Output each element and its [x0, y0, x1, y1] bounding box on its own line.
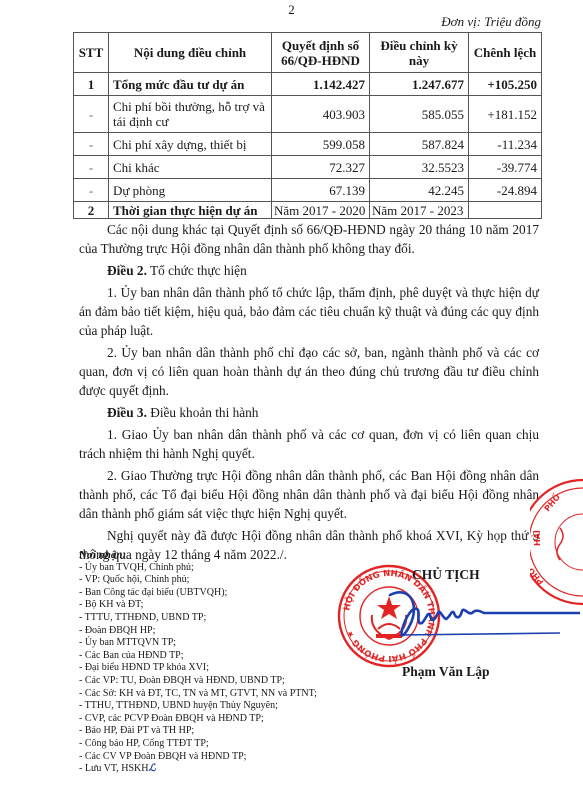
- cell-diff: -11.234: [469, 133, 542, 156]
- adjustment-table: STT Nội dung điều chỉnh Quyết định số 66…: [73, 32, 542, 219]
- recipient-item: - Bộ KH và ĐT;: [79, 599, 317, 612]
- cell-adjusted: 42.245: [370, 179, 469, 202]
- recipient-item: - Ủy ban TVQH, Chính phủ;: [79, 562, 317, 575]
- article-3-clause-1: 1. Giao Ủy ban nhân dân thành phố và các…: [79, 425, 539, 463]
- recipient-item: - Đại biểu HĐND TP khóa XVI;: [79, 662, 317, 675]
- cell-diff: +181.152: [469, 96, 542, 133]
- cell-decision: 403.903: [272, 96, 370, 133]
- cell-decision: 599.058: [272, 133, 370, 156]
- table-row: - Chi phí bồi thường, hỗ trợ và tái định…: [74, 96, 542, 133]
- table-row: 1 Tổng mức đầu tư dự án 1.142.427 1.247.…: [74, 73, 542, 96]
- article-2-label: Điều 2.: [107, 263, 147, 278]
- cell-decision: 1.142.427: [272, 73, 370, 96]
- article-2-clause-1: 1. Ủy ban nhân dân thành phố tổ chức lập…: [79, 283, 539, 340]
- cell-adjusted: Năm 2017 - 2023: [370, 202, 469, 219]
- cell-adjusted: 585.055: [370, 96, 469, 133]
- article-3-label: Điều 3.: [107, 405, 147, 420]
- table-row: - Dự phòng 67.139 42.245 -24.894: [74, 179, 542, 202]
- article-2-clause-2: 2. Ủy ban nhân dân thành phố chỉ đạo các…: [79, 343, 539, 400]
- handwritten-signature: [380, 585, 580, 645]
- article-3-title: Điều khoản thi hành: [147, 405, 259, 420]
- recipients-list: Nơi nhận: - Ủy ban TVQH, Chính phủ; - VP…: [79, 549, 317, 776]
- cell-diff: -39.774: [469, 156, 542, 179]
- table-row: 2 Thời gian thực hiện dự án Năm 2017 - 2…: [74, 202, 542, 219]
- article-2-title: Tổ chức thực hiện: [147, 263, 247, 278]
- cell-decision: 72.327: [272, 156, 370, 179]
- cell-content: Chi phí xây dựng, thiết bị: [109, 133, 272, 156]
- recipient-item: - Các VP: TU, Đoàn ĐBQH và HĐND, UBND TP…: [79, 675, 317, 688]
- cell-decision: Năm 2017 - 2020: [272, 202, 370, 219]
- cell-content: Tổng mức đầu tư dự án: [109, 73, 272, 96]
- recipient-item: - TTTU, TTHĐND, UBND TP;: [79, 612, 317, 625]
- cell-content: Chi phí bồi thường, hỗ trợ và tái định c…: [109, 96, 272, 133]
- cell-adjusted: 32.5523: [370, 156, 469, 179]
- article-3-clause-2: 2. Giao Thường trực Hội đồng nhân dân th…: [79, 466, 539, 523]
- cell-stt: -: [74, 179, 109, 202]
- recipient-item: - Lưu VT, HSKHℒ: [79, 763, 317, 776]
- recipient-item: - Các Ban của HĐND TP;: [79, 650, 317, 663]
- cell-adjusted: 1.247.677: [370, 73, 469, 96]
- cell-stt: 1: [74, 73, 109, 96]
- header-adjusted: Điều chỉnh kỳ này: [370, 33, 469, 73]
- article-3-heading: Điều 3. Điều khoản thi hành: [79, 403, 539, 422]
- recipient-item: - Các Sở: KH và ĐT, TC, TN và MT, GTVT, …: [79, 688, 317, 701]
- cell-stt: -: [74, 133, 109, 156]
- recipient-item: - Công báo HP, Cổng TTĐT TP;: [79, 738, 317, 751]
- unit-label: Đơn vị: Triệu đồng: [441, 14, 541, 30]
- header-diff: Chênh lệch: [469, 33, 542, 73]
- cell-adjusted: 587.824: [370, 133, 469, 156]
- header-decision: Quyết định số 66/QĐ-HĐND: [272, 33, 370, 73]
- signer-title: CHỦ TỊCH: [412, 567, 480, 583]
- recipient-item: - Báo HP, Đài PT và TH HP;: [79, 725, 317, 738]
- svg-text:HẢI: HẢI: [531, 530, 542, 546]
- cell-content: Dự phòng: [109, 179, 272, 202]
- table-header-row: STT Nội dung điều chỉnh Quyết định số 66…: [74, 33, 542, 73]
- recipient-item: - Các CV VP Đoàn ĐBQH và HĐND TP;: [79, 751, 317, 764]
- recipient-item: - Ban Công tác đại biểu (UBTVQH);: [79, 587, 317, 600]
- cell-decision: 67.139: [272, 179, 370, 202]
- cell-stt: -: [74, 156, 109, 179]
- signer-name: Phạm Văn Lập: [402, 664, 490, 680]
- table-row: - Chi phí xây dựng, thiết bị 599.058 587…: [74, 133, 542, 156]
- cell-stt: 2: [74, 202, 109, 219]
- header-content: Nội dung điều chỉnh: [109, 33, 272, 73]
- paragraph-other-content: Các nội dung khác tại Quyết định số 66/Q…: [79, 220, 539, 258]
- recipient-item: - CVP, các PCVP Đoàn ĐBQH và HĐND TP;: [79, 713, 317, 726]
- recipient-item: - VP: Quốc hội, Chính phủ;: [79, 574, 317, 587]
- handwritten-tick-mark: ℒ: [149, 763, 156, 774]
- recipient-item: - Đoàn ĐBQH HP;: [79, 625, 317, 638]
- recipient-item: - TTHU, TTHĐND, UBND huyện Thủy Nguyên;: [79, 700, 317, 713]
- article-2-heading: Điều 2. Tổ chức thực hiện: [79, 261, 539, 280]
- cell-content: Thời gian thực hiện dự án: [109, 202, 272, 219]
- cell-diff: +105.250: [469, 73, 542, 96]
- recipient-item-text: - Lưu VT, HSKH: [79, 763, 149, 774]
- table-row: - Chi khác 72.327 32.5523 -39.774: [74, 156, 542, 179]
- header-stt: STT: [74, 33, 109, 73]
- cell-content: Chi khác: [109, 156, 272, 179]
- cell-diff: [469, 202, 542, 219]
- cell-diff: -24.894: [469, 179, 542, 202]
- recipients-title: Nơi nhận:: [79, 549, 317, 562]
- cell-stt: -: [74, 96, 109, 133]
- resolution-body: Các nội dung khác tại Quyết định số 66/Q…: [79, 220, 539, 567]
- recipient-item: - Ủy ban MTTQVN TP;: [79, 637, 317, 650]
